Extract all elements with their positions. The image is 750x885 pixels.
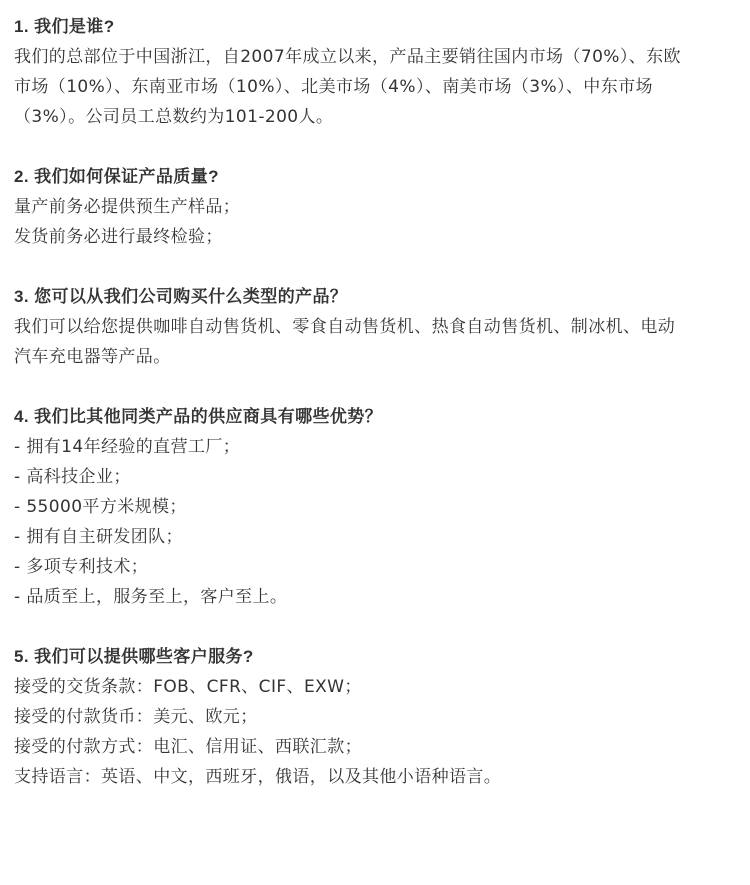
question-heading: 5. 我们可以提供哪些客户服务? bbox=[14, 642, 738, 672]
faq-document: 1. 我们是谁? 我们的总部位于中国浙江，自2007年成立以来，产品主要销往国内… bbox=[14, 12, 738, 792]
answer-line: 我们可以给您提供咖啡自动售货机、零食自动售货机、热食自动售货机、制冰机、电动 bbox=[14, 312, 738, 342]
spacer bbox=[14, 132, 738, 162]
question-heading: 3. 您可以从我们公司购买什么类型的产品？ bbox=[14, 282, 738, 312]
question-heading: 2. 我们如何保证产品质量? bbox=[14, 162, 738, 192]
answer-line: 接受的付款方式：电汇、信用证、西联汇款； bbox=[14, 732, 738, 762]
question-heading: 1. 我们是谁? bbox=[14, 12, 738, 42]
question-heading: 4. 我们比其他同类产品的供应商具有哪些优势？ bbox=[14, 402, 738, 432]
answer-line: 接受的交货条款：FOB、CFR、CIF、EXW； bbox=[14, 672, 738, 702]
answer-line: 汽车充电器等产品。 bbox=[14, 342, 738, 372]
answer-line: 支持语言：英语、中文，西班牙，俄语，以及其他小语种语言。 bbox=[14, 762, 738, 792]
answer-line: （3%）。公司员工总数约为101-200人。 bbox=[14, 102, 738, 132]
bullet-item: - 多项专利技术； bbox=[14, 552, 738, 582]
bullet-item: - 拥有自主研发团队； bbox=[14, 522, 738, 552]
bullet-item: - 品质至上，服务至上，客户至上。 bbox=[14, 582, 738, 612]
faq-section-5: 5. 我们可以提供哪些客户服务? 接受的交货条款：FOB、CFR、CIF、EXW… bbox=[14, 642, 738, 792]
answer-line: 量产前务必提供预生产样品； bbox=[14, 192, 738, 222]
answer-line: 接受的付款货币：美元、欧元； bbox=[14, 702, 738, 732]
spacer bbox=[14, 372, 738, 402]
faq-section-1: 1. 我们是谁? 我们的总部位于中国浙江，自2007年成立以来，产品主要销往国内… bbox=[14, 12, 738, 132]
bullet-item: - 55000平方米规模； bbox=[14, 492, 738, 522]
faq-section-4: 4. 我们比其他同类产品的供应商具有哪些优势？ - 拥有14年经验的直营工厂； … bbox=[14, 402, 738, 612]
bullet-item: - 拥有14年经验的直营工厂； bbox=[14, 432, 738, 462]
answer-line: 发货前务必进行最终检验； bbox=[14, 222, 738, 252]
spacer bbox=[14, 252, 738, 282]
faq-section-2: 2. 我们如何保证产品质量? 量产前务必提供预生产样品； 发货前务必进行最终检验… bbox=[14, 162, 738, 252]
bullet-item: - 高科技企业； bbox=[14, 462, 738, 492]
answer-line: 市场（10%）、东南亚市场（10%）、北美市场（4%）、南美市场（3%）、中东市… bbox=[14, 72, 738, 102]
spacer bbox=[14, 612, 738, 642]
answer-line: 我们的总部位于中国浙江，自2007年成立以来，产品主要销往国内市场（70%）、东… bbox=[14, 42, 738, 72]
faq-section-3: 3. 您可以从我们公司购买什么类型的产品？ 我们可以给您提供咖啡自动售货机、零食… bbox=[14, 282, 738, 372]
